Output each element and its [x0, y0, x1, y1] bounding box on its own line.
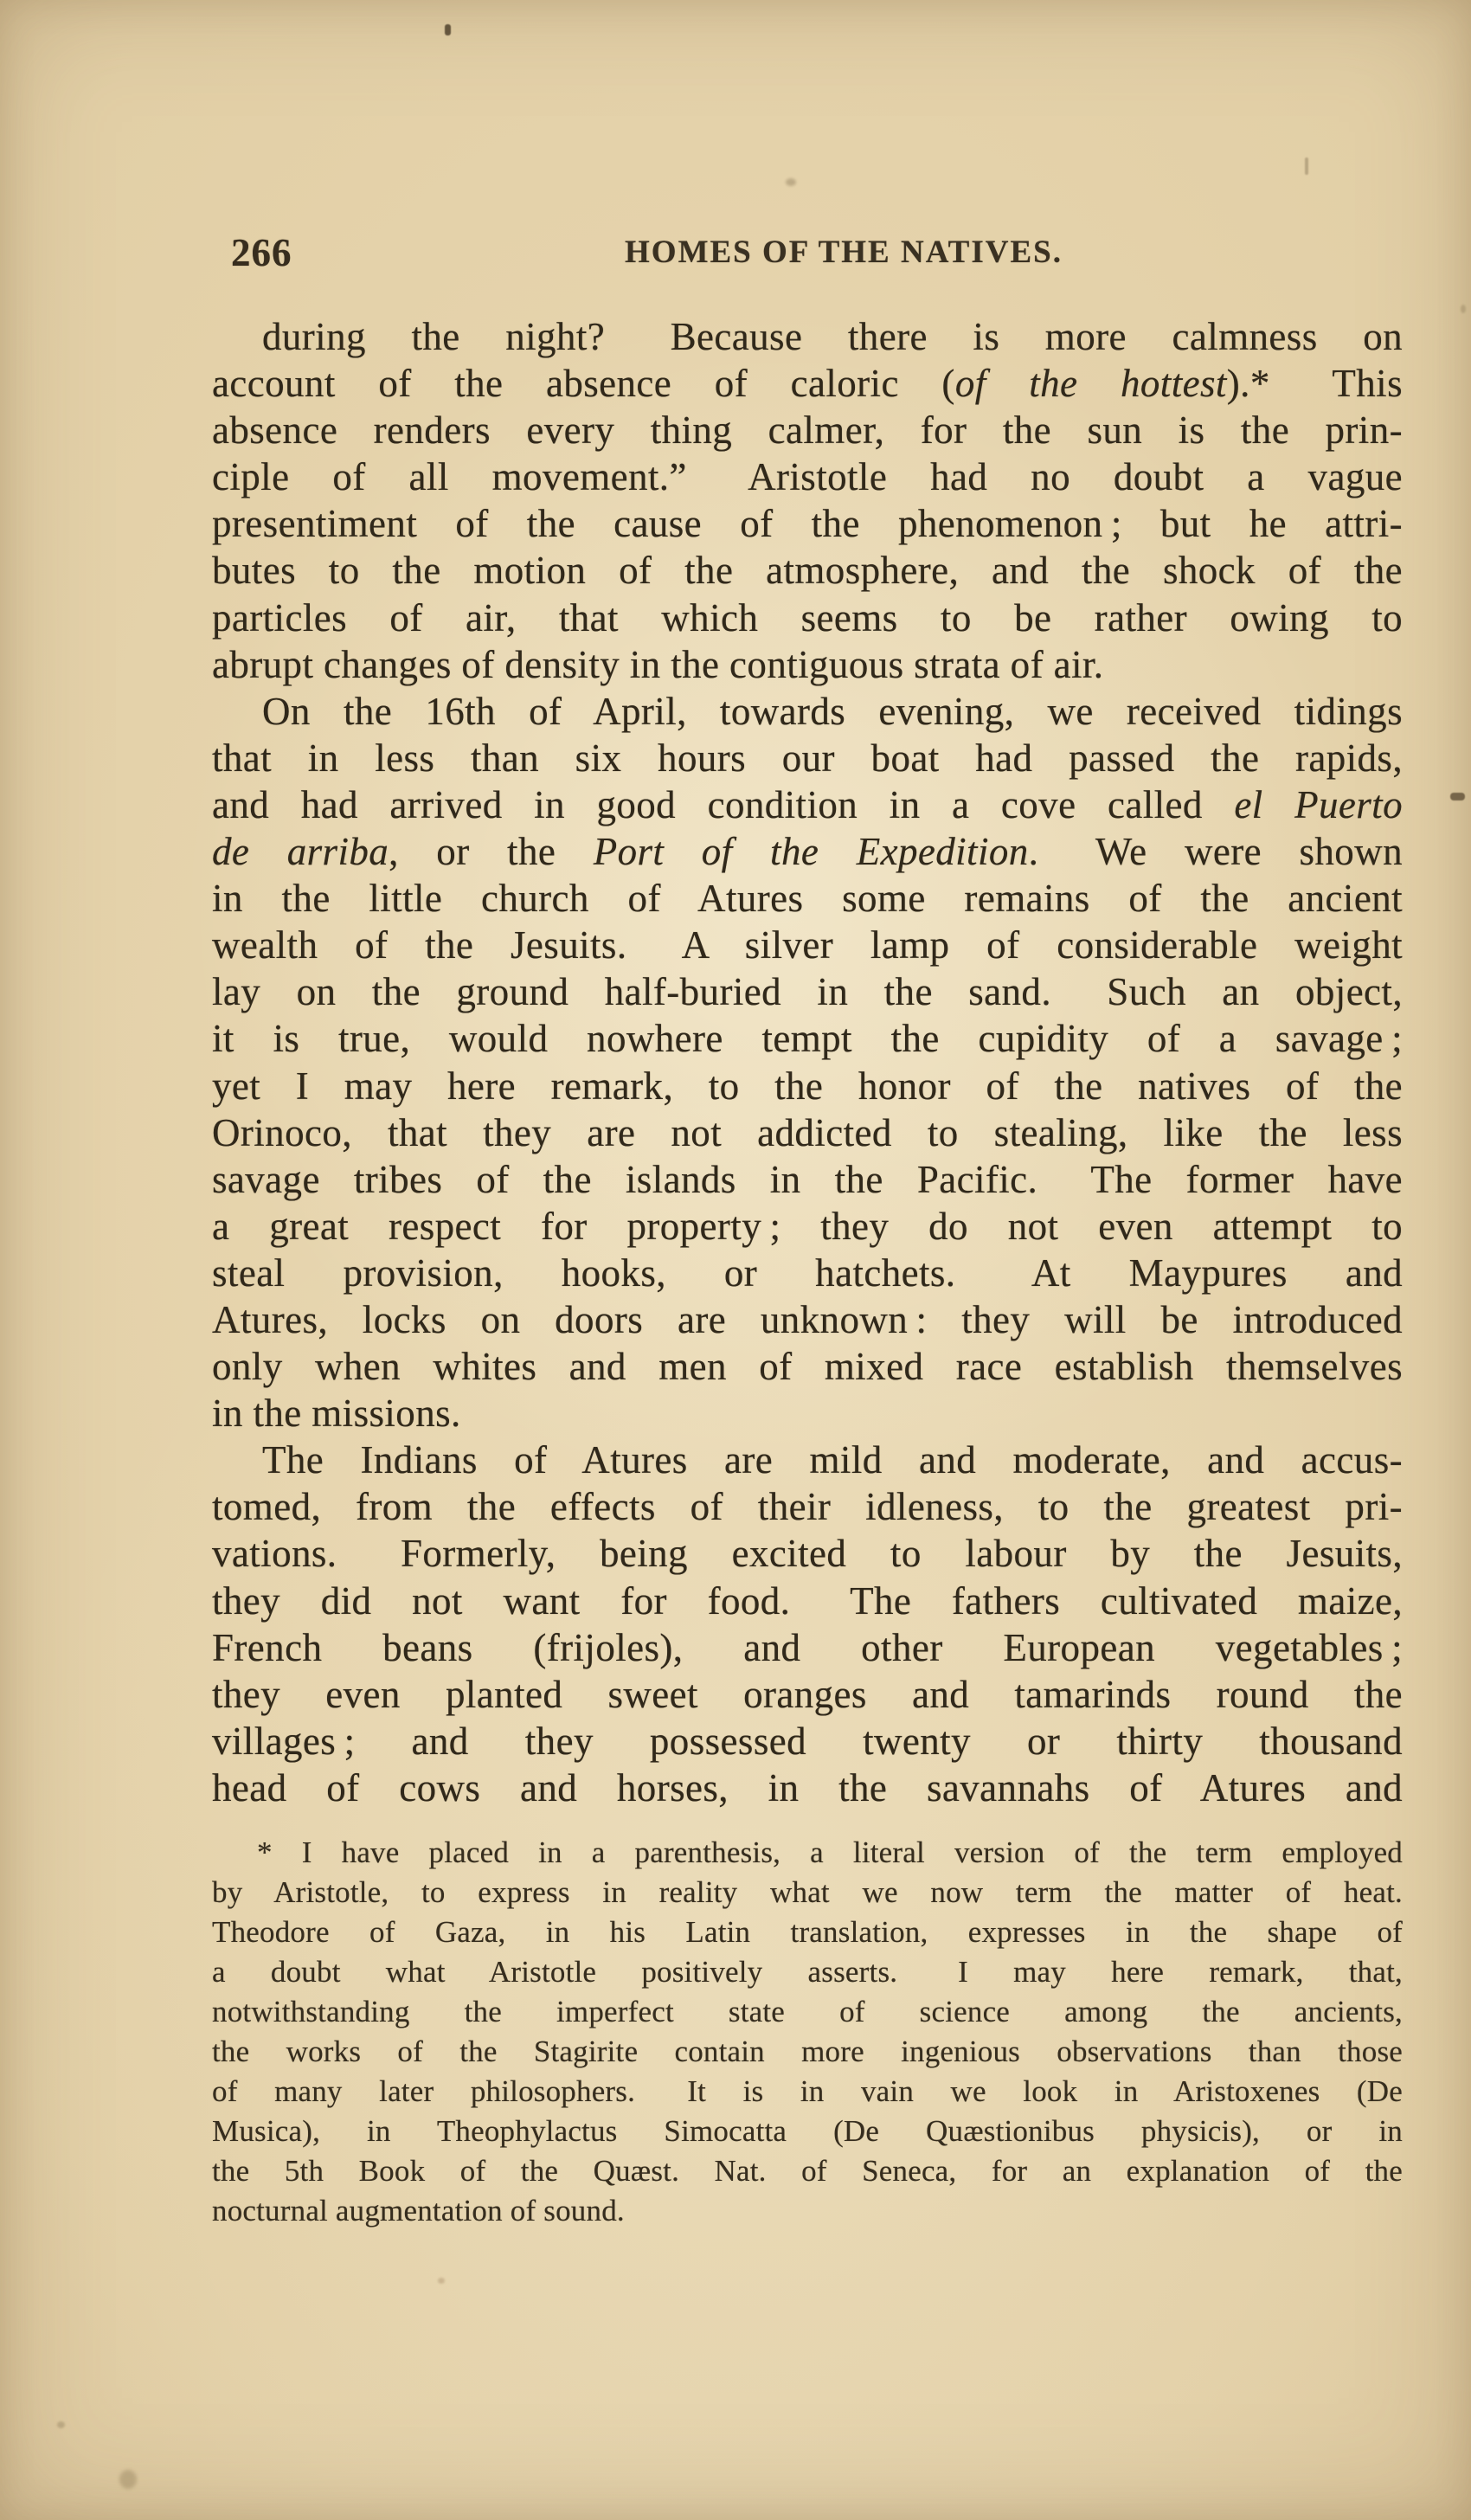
text-line: the 5th Book of the Quæst. Nat. of Senec… — [212, 2151, 1403, 2191]
book-page: 266 HOMES OF THE NATIVES. during the nig… — [0, 0, 1471, 2520]
text-line: Atures, locks on doors are unknown : the… — [212, 1296, 1403, 1343]
text-line: only when whites and men of mixed race e… — [212, 1343, 1403, 1390]
text-line: vations. Formerly, being excited to labo… — [212, 1530, 1403, 1577]
page-footnote: * I have placed in a parenthesis, a lite… — [212, 1833, 1403, 2231]
text-line: presentiment of the cause of the phenome… — [212, 500, 1403, 547]
running-title: HOMES OF THE NATIVES. — [248, 234, 1439, 271]
paper-stain — [438, 2278, 445, 2284]
text-line: they even planted sweet oranges and tama… — [212, 1671, 1403, 1718]
text-line: ciple of all movement.” Aristotle had no… — [212, 453, 1403, 500]
text-line: the works of the Stagirite contain more … — [212, 2032, 1403, 2072]
text-line: de arriba, or the Port of the Expedition… — [212, 828, 1403, 875]
running-head: 266 HOMES OF THE NATIVES. — [212, 230, 1403, 282]
text-line: of many later philosophers. It is in vai… — [212, 2072, 1403, 2112]
text-line: they did not want for food. The fathers … — [212, 1578, 1403, 1624]
text-line: in the little church of Atures some rema… — [212, 875, 1403, 922]
text-line: and had arrived in good condition in a c… — [212, 781, 1403, 828]
text-line: notwithstanding the imperfect state of s… — [212, 1992, 1403, 2032]
text-line: lay on the ground half-buried in the san… — [212, 968, 1403, 1015]
text-line: Theodore of Gaza, in his Latin translati… — [212, 1912, 1403, 1952]
text-line: tomed, from the effects of their idlenes… — [212, 1483, 1403, 1530]
text-line: On the 16th of April, towards evening, w… — [212, 688, 1403, 735]
text-line: in the missions. — [212, 1390, 1403, 1437]
text-line: * I have placed in a parenthesis, a lite… — [212, 1833, 1403, 1873]
text-line: Musica), in Theophylactus Simocatta (De … — [212, 2112, 1403, 2151]
text-line: The Indians of Atures are mild and moder… — [212, 1437, 1403, 1483]
text-line: Orinoco, that they are not addicted to s… — [212, 1109, 1403, 1156]
paper-stain — [1305, 157, 1308, 175]
text-line: absence renders every thing calmer, for … — [212, 407, 1403, 453]
text-line: French beans (frijoles), and other Europ… — [212, 1624, 1403, 1671]
text-line: a doubt what Aristotle positively assert… — [212, 1952, 1403, 1992]
paper-stain — [57, 2421, 65, 2428]
ink-speck — [445, 24, 451, 35]
text-line: account of the absence of caloric (of th… — [212, 360, 1403, 407]
text-line: butes to the motion of the atmosphere, a… — [212, 547, 1403, 594]
text-line: by Aristotle, to express in reality what… — [212, 1873, 1403, 1912]
text-line: savage tribes of the islands in the Paci… — [212, 1156, 1403, 1203]
text-line: it is true, would nowhere tempt the cupi… — [212, 1015, 1403, 1062]
page-body-text: during the night? Because there is more … — [212, 313, 1403, 1811]
text-line: during the night? Because there is more … — [212, 313, 1403, 360]
text-line: villages ; and they possessed twenty or … — [212, 1718, 1403, 1765]
text-line: that in less than six hours our boat had… — [212, 735, 1403, 781]
edge-mark — [1450, 793, 1465, 800]
text-line: steal provision, hooks, or hatchets. At … — [212, 1250, 1403, 1296]
text-line: abrupt changes of density in the contigu… — [212, 641, 1403, 688]
text-line: particles of air, that which seems to be… — [212, 595, 1403, 641]
text-line: wealth of the Jesuits. A silver lamp of … — [212, 922, 1403, 968]
paper-stain — [119, 2470, 137, 2489]
paper-stain — [1461, 305, 1466, 313]
text-line: head of cows and horses, in the savannah… — [212, 1765, 1403, 1811]
text-line: nocturnal augmentation of sound. — [212, 2191, 1403, 2231]
text-line: yet I may here remark, to the honor of t… — [212, 1063, 1403, 1109]
paper-stain — [786, 178, 796, 186]
text-line: a great respect for property ; they do n… — [212, 1203, 1403, 1250]
